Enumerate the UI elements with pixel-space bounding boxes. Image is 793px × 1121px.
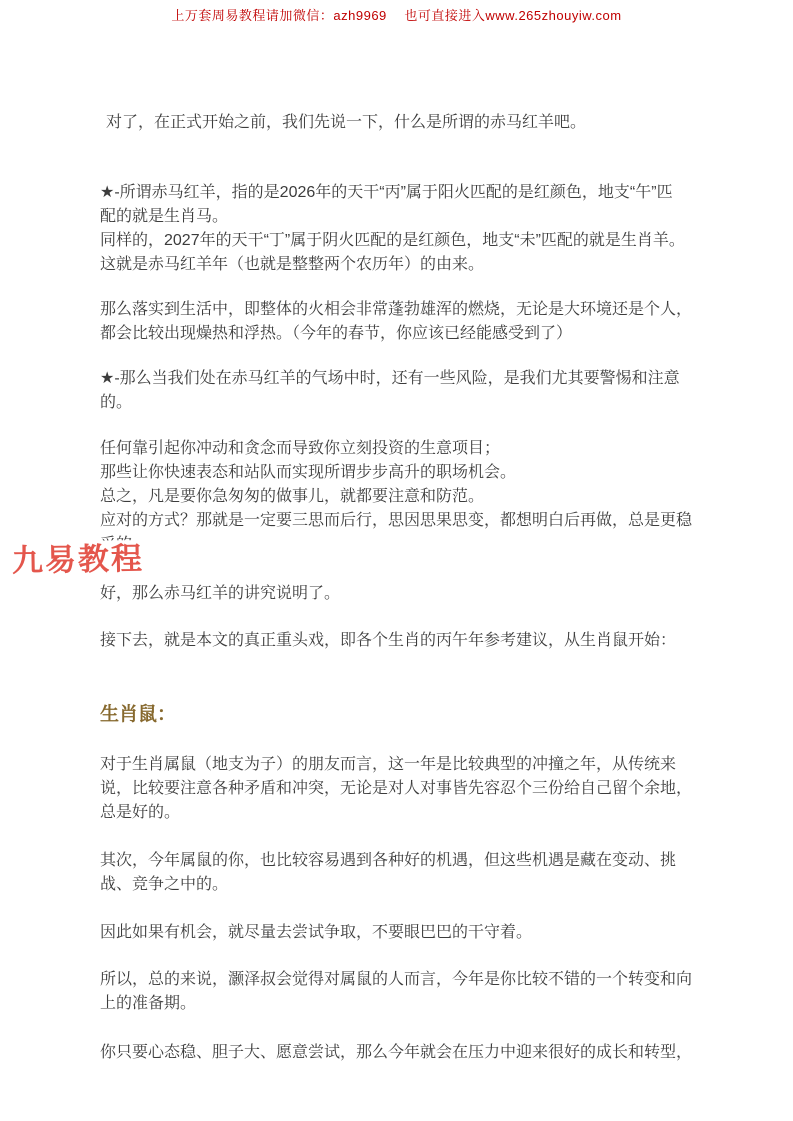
paragraph-chima-definition: ★-所谓赤马红羊，指的是2026年的天干“丙”属于阳火匹配的是红颜色，地支“午”…	[100, 181, 700, 277]
article-body: 对了，在正式开始之前，我们先说一下，什么是所谓的赤马红羊吧。 ★-所谓赤马红羊，…	[100, 111, 700, 1065]
paragraph-transition: 接下去，就是本文的真正重头戏，即各个生肖的丙午年参考建议，从生肖鼠开始：	[100, 629, 700, 653]
paragraph-wrapup: 好，那么赤马红羊的讲究说明了。	[100, 582, 700, 606]
jiuyi-watermark: 九易教程	[6, 540, 157, 587]
paragraph-risk-list: 任何靠引起你冲动和贪念而导致你立刻投资的生意项目；那些让你快速表态和站队而实现所…	[100, 437, 700, 557]
paragraph-rat-4: 所以，总的来说，灏泽叔会觉得对属鼠的人而言，今年是你比较不错的一个转变和向上的准…	[100, 968, 700, 1016]
paragraph-rat-1: 对于生肖属鼠（地支为子）的朋友而言，这一年是比较典型的冲撞之年，从传统来说，比较…	[100, 753, 700, 825]
paragraph-life-impact: 那么落实到生活中，即整体的火相会非常蓬勃雄浑的燃烧，无论是大环境还是个人，都会比…	[100, 298, 700, 346]
paragraph-risk-intro: ★-那么当我们处在赤马红羊的气场中时，还有一些风险，是我们尤其要警惕和注意的。	[100, 367, 700, 415]
paragraph-rat-2: 其次，今年属鼠的你，也比较容易遇到各种好的机遇，但这些机遇是藏在变动、挑战、竞争…	[100, 849, 700, 897]
paragraph-rat-5: 你只要心态稳、胆子大、愿意尝试，那么今年就会在压力中迎来很好的成长和转型，	[100, 1041, 700, 1065]
paragraph-intro: 对了，在正式开始之前，我们先说一下，什么是所谓的赤马红羊吧。	[100, 111, 700, 135]
paragraph-rat-3: 因此如果有机会，就尽量去尝试争取，不要眼巴巴的干守着。	[100, 921, 700, 945]
promo-banner: 上万套周易教程请加微信：azh9969 也可直接进入www.265zhouyiw…	[0, 0, 793, 25]
section-heading-rat: 生肖鼠：	[100, 703, 700, 727]
